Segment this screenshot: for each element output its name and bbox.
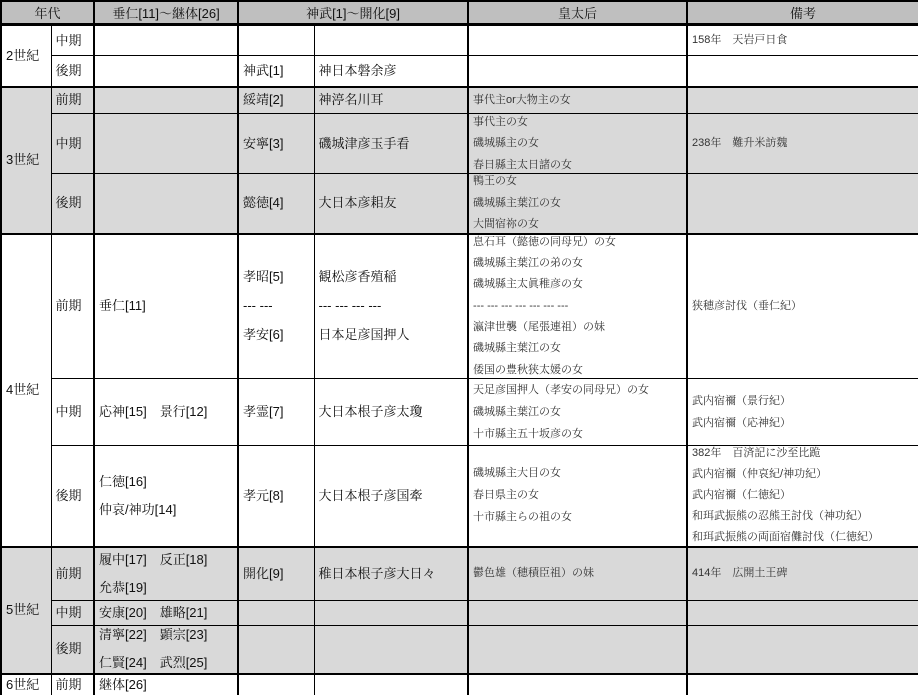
table-row: 中期 安寧[3] 磯城津彦玉手看 事代主の女磯城縣主の女春日縣主太日諸の女 23… — [1, 114, 918, 174]
cell-line: 武内宿禰（仲哀紀/神功紀） — [692, 468, 916, 481]
cell-line: 382年 百済記に沙至比跪 — [692, 447, 916, 460]
period-cell: 中期 — [51, 379, 94, 446]
later-emperor-cell — [94, 114, 238, 174]
emperor-cell — [238, 674, 314, 695]
later-emperor-cell: 継体[26] — [94, 674, 238, 695]
later-emperor-cell — [94, 87, 238, 114]
table-row: 後期 懿徳[4] 大日本彦耜友 鴨王の女磯城縣主葉江の女大間宿祢の女 — [1, 174, 918, 234]
later-emperor-cell: 仁徳[16]仲哀/神功[14] — [94, 446, 238, 547]
cell-line: 天足彦国押人（孝安の同母兄）の女 — [473, 384, 684, 397]
empress-dowager-cell — [468, 25, 687, 56]
emperor-cell — [238, 601, 314, 626]
notes-cell — [687, 601, 918, 626]
cell-line: --- --- — [243, 298, 312, 314]
emperor-cell: 開化[9] — [238, 547, 314, 601]
cell-line: 春日県主の女 — [473, 489, 684, 502]
cell-line: 日本足彦国押人 — [319, 327, 466, 343]
emperor-name-cell — [314, 25, 468, 56]
period-cell: 後期 — [51, 626, 94, 674]
table-row: 中期 安康[20] 雄略[21] — [1, 601, 918, 626]
emperor-name-cell — [314, 601, 468, 626]
emperor-name-lines: 観松彦香殖稲--- --- --- ---日本足彦国押人 — [319, 269, 466, 343]
later-emperor-cell: 履中[17] 反正[18]允恭[19] — [94, 547, 238, 601]
period-cell: 前期 — [51, 87, 94, 114]
empress-dowager-cell — [468, 56, 687, 87]
cell-line: 磯城縣主葉江の女 — [473, 342, 684, 355]
empress-dowager-cell: 事代主の女磯城縣主の女春日縣主太日諸の女 — [468, 114, 687, 174]
century-cell: 2世紀 — [1, 25, 51, 87]
later-emperor-cell — [94, 56, 238, 87]
cell-line: 磯城縣主太眞稚彦の女 — [473, 278, 684, 291]
emperor-cell: 綏靖[2] — [238, 87, 314, 114]
cell-line: 磯城縣主の女 — [473, 137, 684, 150]
later-emperor-cell: 清寧[22] 顕宗[23]仁賢[24] 武烈[25] — [94, 626, 238, 674]
century-cell: 5世紀 — [1, 547, 51, 674]
cell-line: 允恭[19] — [99, 580, 235, 596]
cell-line: --- --- --- --- — [319, 298, 466, 314]
cell-line: 観松彦香殖稲 — [319, 269, 466, 285]
table-row: 6世紀 前期 継体[26] — [1, 674, 918, 695]
header-era: 年代 — [1, 1, 94, 25]
empress-lines: 事代主の女磯城縣主の女春日縣主太日諸の女 — [473, 116, 684, 172]
empress-dowager-cell — [468, 674, 687, 695]
cell-line: 武内宿禰（応神紀） — [692, 417, 916, 430]
notes-cell: 狭穂彦討伐（垂仁紀） — [687, 234, 918, 379]
notes-lines: 武内宿禰（景行紀）武内宿禰（応神紀） — [692, 395, 916, 430]
empress-dowager-cell: 息石耳（懿徳の同母兄）の女磯城縣主葉江の弟の女磯城縣主太眞稚彦の女--- ---… — [468, 234, 687, 379]
century-cell: 4世紀 — [1, 234, 51, 547]
cell-line: 事代主の女 — [473, 116, 684, 129]
cell-line: 瀛津世襲（尾張連祖）の妹 — [473, 321, 684, 334]
emperor-name-cell — [314, 626, 468, 674]
header-notes: 備考 — [687, 1, 918, 25]
cell-line: 仁賢[24] 武烈[25] — [99, 655, 235, 671]
period-cell: 後期 — [51, 446, 94, 547]
cell-line: 大間宿祢の女 — [473, 218, 684, 231]
notes-cell — [687, 626, 918, 674]
cell-line: 武内宿禰（仁徳紀） — [692, 489, 916, 502]
later-emperor-cell: 安康[20] 雄略[21] — [94, 601, 238, 626]
emperor-name-cell: 磯城津彦玉手看 — [314, 114, 468, 174]
empress-dowager-cell: 鬱色雄（穂積臣祖）の妹 — [468, 547, 687, 601]
emperor-cell: 懿徳[4] — [238, 174, 314, 234]
cell-line: 息石耳（懿徳の同母兄）の女 — [473, 236, 684, 249]
cell-line: 十市縣主五十坂彦の女 — [473, 428, 684, 441]
notes-cell: 武内宿禰（景行紀）武内宿禰（応神紀） — [687, 379, 918, 446]
emperor-name-cell: 神日本磐余彦 — [314, 56, 468, 87]
cell-line: 和珥武振熊の忍熊王討伐（神功紀） — [692, 510, 916, 523]
table-row: 後期 清寧[22] 顕宗[23]仁賢[24] 武烈[25] — [1, 626, 918, 674]
period-cell: 後期 — [51, 56, 94, 87]
emperor-lines: 孝昭[5]--- ---孝安[6] — [243, 269, 312, 343]
cell-line: 清寧[22] 顕宗[23] — [99, 627, 235, 643]
emperor-cell: 孝霊[7] — [238, 379, 314, 446]
cell-line: 鴨王の女 — [473, 175, 684, 188]
emperor-cell: 孝昭[5]--- ---孝安[6] — [238, 234, 314, 379]
period-cell: 中期 — [51, 114, 94, 174]
cell-line: 武内宿禰（景行紀） — [692, 395, 916, 408]
notes-cell — [687, 674, 918, 695]
notes-cell: 382年 百済記に沙至比跪武内宿禰（仲哀紀/神功紀）武内宿禰（仁徳紀）和珥武振熊… — [687, 446, 918, 547]
cell-line: 磯城縣主葉江の女 — [473, 406, 684, 419]
cell-line: 十市縣主らの祖の女 — [473, 511, 684, 524]
cell-line: 仲哀/神功[14] — [99, 502, 235, 518]
table-row: 中期 応神[15] 景行[12] 孝霊[7] 大日本根子彦太瓊 天足彦国押人（孝… — [1, 379, 918, 446]
cell-line: 磯城縣主葉江の女 — [473, 197, 684, 210]
table-row: 2世紀 中期 158年 天岩戸日食 — [1, 25, 918, 56]
emperor-name-cell — [314, 674, 468, 695]
cell-line: 和珥武振熊の両面宿儺討伐（仁徳紀） — [692, 531, 916, 544]
emperor-name-cell: 大日本彦耜友 — [314, 174, 468, 234]
table-row: 後期 仁徳[16]仲哀/神功[14] 孝元[8] 大日本根子彦国牽 磯城縣主大目… — [1, 446, 918, 547]
emperor-cell: 安寧[3] — [238, 114, 314, 174]
cell-line: 倭国の豊秋狭太媛の女 — [473, 364, 684, 377]
notes-lines: 382年 百済記に沙至比跪武内宿禰（仲哀紀/神功紀）武内宿禰（仁徳紀）和珥武振熊… — [692, 447, 916, 544]
cell-line: 履中[17] 反正[18] — [99, 552, 235, 568]
table-row: 4世紀 前期 垂仁[11] 孝昭[5]--- ---孝安[6] 観松彦香殖稲--… — [1, 234, 918, 379]
later-emperor-cell — [94, 25, 238, 56]
notes-cell: 238年 難升米訪魏 — [687, 114, 918, 174]
notes-cell — [687, 56, 918, 87]
notes-cell: 158年 天岩戸日食 — [687, 25, 918, 56]
empress-lines: 息石耳（懿徳の同母兄）の女磯城縣主葉江の弟の女磯城縣主太眞稚彦の女--- ---… — [473, 236, 684, 377]
emperor-name-cell: 観松彦香殖稲--- --- --- ---日本足彦国押人 — [314, 234, 468, 379]
empress-dowager-cell — [468, 601, 687, 626]
empress-dowager-cell: 磯城縣主大目の女春日県主の女十市縣主らの祖の女 — [468, 446, 687, 547]
table-row: 後期 神武[1] 神日本磐余彦 — [1, 56, 918, 87]
table-row: 5世紀 前期 履中[17] 反正[18]允恭[19] 開化[9] 稚日本根子彦大… — [1, 547, 918, 601]
later-emperor-cell: 応神[15] 景行[12] — [94, 379, 238, 446]
later-emperor-cell: 垂仁[11] — [94, 234, 238, 379]
emperor-name-cell: 神渟名川耳 — [314, 87, 468, 114]
empress-dowager-cell: 天足彦国押人（孝安の同母兄）の女磯城縣主葉江の女十市縣主五十坂彦の女 — [468, 379, 687, 446]
later-emperor-cell — [94, 174, 238, 234]
emperor-cell — [238, 626, 314, 674]
empress-lines: 磯城縣主大目の女春日県主の女十市縣主らの祖の女 — [473, 467, 684, 524]
header-empress: 皇太后 — [468, 1, 687, 25]
later-emperor-lines: 履中[17] 反正[18]允恭[19] — [99, 552, 235, 596]
empress-dowager-cell: 事代主or大物主の女 — [468, 87, 687, 114]
emperor-cell: 神武[1] — [238, 56, 314, 87]
notes-cell — [687, 87, 918, 114]
header-suinin-range: 垂仁[11]～継体[26] — [94, 1, 238, 25]
century-cell: 6世紀 — [1, 674, 51, 695]
header-row: 年代 垂仁[11]～継体[26] 神武[1]～開化[9] 皇太后 備考 — [1, 1, 918, 25]
cell-line: 孝安[6] — [243, 327, 312, 343]
header-jimmu-range: 神武[1]～開化[9] — [238, 1, 468, 25]
emperor-name-cell: 大日本根子彦国牽 — [314, 446, 468, 547]
emperor-cell — [238, 25, 314, 56]
period-cell: 中期 — [51, 25, 94, 56]
period-cell: 後期 — [51, 174, 94, 234]
emperor-name-cell: 稚日本根子彦大日々 — [314, 547, 468, 601]
empress-lines: 鴨王の女磯城縣主葉江の女大間宿祢の女 — [473, 175, 684, 231]
later-emperor-lines: 清寧[22] 顕宗[23]仁賢[24] 武烈[25] — [99, 627, 235, 671]
cell-line: --- --- --- --- --- --- --- — [473, 300, 684, 313]
notes-cell — [687, 174, 918, 234]
empress-dowager-cell — [468, 626, 687, 674]
emperor-cell: 孝元[8] — [238, 446, 314, 547]
cell-line: 孝昭[5] — [243, 269, 312, 285]
empress-lines: 天足彦国押人（孝安の同母兄）の女磯城縣主葉江の女十市縣主五十坂彦の女 — [473, 384, 684, 441]
cell-line: 春日縣主太日諸の女 — [473, 159, 684, 172]
emperor-genealogy-table: 年代 垂仁[11]～継体[26] 神武[1]～開化[9] 皇太后 備考 2世紀 … — [0, 0, 918, 695]
period-cell: 中期 — [51, 601, 94, 626]
cell-line: 磯城縣主大目の女 — [473, 467, 684, 480]
period-cell: 前期 — [51, 234, 94, 379]
period-cell: 前期 — [51, 547, 94, 601]
notes-cell: 414年 広開土王碑 — [687, 547, 918, 601]
table-row: 3世紀 前期 綏靖[2] 神渟名川耳 事代主or大物主の女 — [1, 87, 918, 114]
cell-line: 仁徳[16] — [99, 474, 235, 490]
century-cell: 3世紀 — [1, 87, 51, 234]
period-cell: 前期 — [51, 674, 94, 695]
emperor-name-cell: 大日本根子彦太瓊 — [314, 379, 468, 446]
empress-dowager-cell: 鴨王の女磯城縣主葉江の女大間宿祢の女 — [468, 174, 687, 234]
later-emperor-lines: 仁徳[16]仲哀/神功[14] — [99, 474, 235, 518]
cell-line: 磯城縣主葉江の弟の女 — [473, 257, 684, 270]
